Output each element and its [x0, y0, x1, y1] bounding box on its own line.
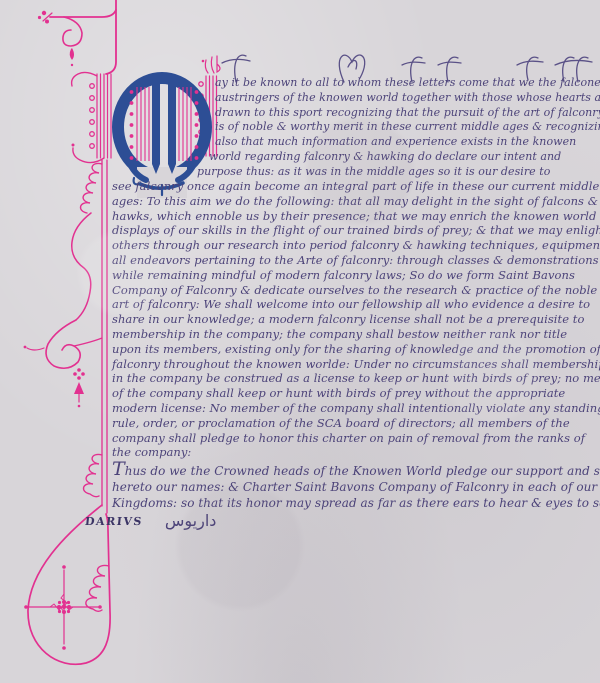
- charter-line: is of noble & worthy merit in these curr…: [215, 120, 600, 135]
- charter-line: in the company be construed as a license…: [112, 371, 600, 386]
- charter-opening-lines: ay it be known to all to whom these lett…: [215, 76, 600, 180]
- charter-line: falconry throughout the knowen worlde: U…: [112, 357, 600, 372]
- charter-line: purpose thus: as it was in the middle ag…: [197, 165, 600, 180]
- charter-line: also that much information and experienc…: [215, 135, 600, 150]
- charter-line: hawks, which ennoble us by their presenc…: [112, 209, 600, 224]
- charter-body-lines: see falconry once again become an integr…: [112, 179, 600, 460]
- charter-line: all endeavors pertaining to the Arte of …: [112, 253, 600, 268]
- charter-line: art of falconry: We shall welcome into o…: [112, 297, 600, 312]
- charter-line: share in our knowledge; a modern falconr…: [112, 312, 600, 327]
- charter-line: others through our research into period …: [112, 238, 600, 253]
- charter-line: see falconry once again become an integr…: [112, 179, 600, 194]
- charter-closing-lines: Thus do we the Crowned heads of the Know…: [112, 461, 600, 511]
- charter-line: ay it be known to all to whom these lett…: [215, 76, 600, 91]
- charter-line: ages: To this aim we do the following: t…: [112, 194, 600, 209]
- charter-line: Thus do we the Crowned heads of the Know…: [112, 461, 600, 479]
- charter-line: world regarding falconry & hawking do de…: [209, 150, 600, 165]
- charter-line: Company of Falconry & dedicate ourselves…: [112, 283, 600, 298]
- charter-line: of the company shall keep or hunt with b…: [112, 386, 600, 401]
- charter-line: austringers of the knowen world together…: [215, 91, 600, 106]
- illuminated-charter-page: ay it be known to all to whom these lett…: [0, 0, 600, 683]
- charter-line: drawn to this sport recognizing that the…: [215, 106, 600, 121]
- royal-signature-arabic: داريوس: [165, 511, 217, 530]
- charter-line: modern license: No member of the company…: [112, 401, 600, 416]
- charter-line: upon its members, existing only for the …: [112, 342, 600, 357]
- royal-signature-latin: DARIVS: [84, 515, 143, 528]
- charter-line: rule, order, or proclamation of the SCA …: [112, 416, 600, 431]
- charter-line: the company:: [112, 445, 600, 460]
- charter-line: Kingdoms: so that its honor may spread a…: [112, 495, 600, 511]
- charter-line: while remaining mindful of modern falcon…: [112, 268, 600, 283]
- charter-line: membership in the company; the company s…: [112, 327, 600, 342]
- signature-row: DARIVS داريوس: [85, 515, 216, 530]
- charter-line: hereto our names: & Charter Saint Bavons…: [112, 479, 600, 495]
- charter-line: company shall pledge to honor this chart…: [112, 431, 600, 446]
- charter-line: displays of our skills in the flight of …: [112, 223, 600, 238]
